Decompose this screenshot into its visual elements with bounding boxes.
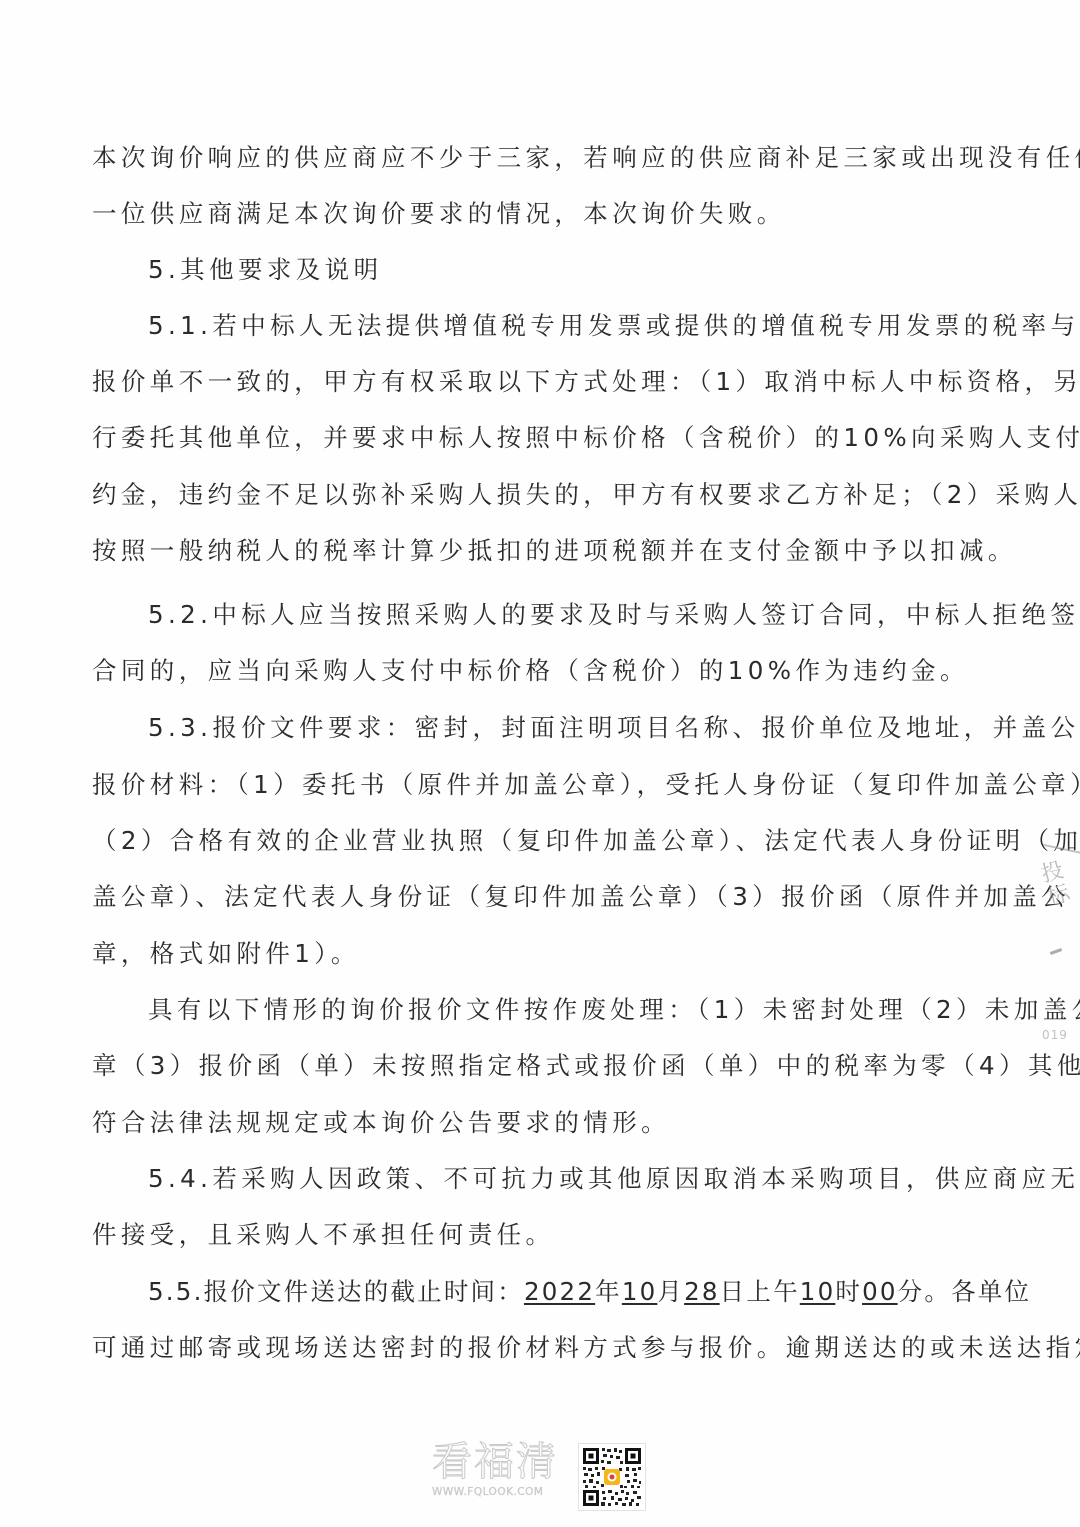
section-heading: 5.其他要求及说明 bbox=[148, 255, 982, 285]
paragraph-line: 章（3）报价函（单）未按照指定格式或报价函（单）中的税率为零（4）其他不 bbox=[92, 1051, 982, 1081]
partial-seal-stamp: 投标 019 bbox=[1030, 850, 1080, 1060]
watermark-logo: 看福清 WWW.FQLOOK.COM bbox=[432, 1440, 572, 1504]
stamp-text: 投标 bbox=[1032, 857, 1074, 911]
paragraph-line: 盖公章）、法定代表人身份证（复印件加盖公章）（3）报价函（原件并加盖公 bbox=[92, 882, 982, 912]
deadline-year: 2022 bbox=[524, 1277, 595, 1306]
paragraph-line: 可通过邮寄或现场送达密封的报价材料方式参与报价。逾期送达的或未送达指定 bbox=[92, 1333, 982, 1363]
stamp-mark bbox=[1050, 948, 1062, 955]
deadline-day-unit: 日上午 bbox=[720, 1277, 800, 1306]
paragraph-line: 件接受，且采购人不承担任何责任。 bbox=[92, 1220, 982, 1250]
paragraph-line: 报价材料：（1）委托书（原件并加盖公章），受托人身份证（复印件加盖公章） bbox=[92, 770, 982, 800]
deadline-hour-unit: 时 bbox=[835, 1277, 862, 1306]
clause-5-4: 5.4.若采购人因政策、不可抗力或其他原因取消本采购项目，供应商应无条 bbox=[148, 1164, 982, 1194]
paragraph-line: 约金，违约金不足以弥补采购人损失的，甲方有权要求乙方补足；（2）采购人 bbox=[92, 480, 982, 510]
deadline-day: 28 bbox=[684, 1277, 720, 1306]
deadline-hour: 10 bbox=[800, 1277, 836, 1306]
qr-code-icon[interactable] bbox=[578, 1443, 646, 1511]
paragraph-line: 行委托其他单位，并要求中标人按照中标价格（含税价）的10%向采购人支付违 bbox=[92, 423, 982, 453]
clause-5-2: 5.2.中标人应当按照采购人的要求及时与采购人签订合同，中标人拒绝签订 bbox=[148, 600, 982, 630]
paragraph-line: 合同的，应当向采购人支付中标价格（含税价）的10%作为违约金。 bbox=[92, 656, 982, 686]
paragraph-line: 按照一般纳税人的税率计算少抵扣的进项税额并在支付金额中予以扣减。 bbox=[92, 536, 982, 566]
deadline-minute-unit: 分。各单位 bbox=[898, 1277, 1032, 1306]
paragraph-line: 符合法律法规规定或本询价公告要求的情形。 bbox=[92, 1108, 982, 1138]
deadline-month: 10 bbox=[622, 1277, 658, 1306]
paragraph-line: 本次询价响应的供应商应不少于三家，若响应的供应商补足三家或出现没有任何 bbox=[92, 143, 982, 173]
clause-5-1: 5.1.若中标人无法提供增值税专用发票或提供的增值税专用发票的税率与 bbox=[148, 311, 982, 341]
watermark-brand: 看福清 bbox=[432, 1440, 572, 1484]
deadline-month-unit: 月 bbox=[657, 1277, 684, 1306]
stamp-mark bbox=[1055, 998, 1073, 1018]
deadline-prefix: 5.5.报价文件送达的截止时间： bbox=[148, 1277, 524, 1306]
deadline-year-unit: 年 bbox=[595, 1277, 622, 1306]
clause-5-3: 5.3.报价文件要求：密封，封面注明项目名称、报价单位及地址，并盖公章。 bbox=[148, 713, 982, 743]
document-page: 本次询价响应的供应商应不少于三家，若响应的供应商补足三家或出现没有任何 一位供应… bbox=[0, 0, 1080, 1527]
watermark-url: WWW.FQLOOK.COM bbox=[432, 1486, 572, 1498]
paragraph-line: 一位供应商满足本次询价要求的情况，本次询价失败。 bbox=[92, 199, 982, 229]
clause-5-5-deadline: 5.5.报价文件送达的截止时间：2022年10月28日上午10时00分。各单位 bbox=[148, 1277, 982, 1307]
paragraph-line: 报价单不一致的，甲方有权采取以下方式处理：（1）取消中标人中标资格，另 bbox=[92, 367, 982, 397]
deadline-minute: 00 bbox=[862, 1277, 898, 1306]
stamp-number: 019 bbox=[1042, 1028, 1068, 1042]
rejection-conditions: 具有以下情形的询价报价文件按作废处理：（1）未密封处理（2）未加盖公 bbox=[148, 995, 982, 1025]
paragraph-line: 章，格式如附件1）。 bbox=[92, 939, 982, 969]
paragraph-line: （2）合格有效的企业营业执照（复印件加盖公章）、法定代表人身份证明（加 bbox=[92, 826, 982, 856]
